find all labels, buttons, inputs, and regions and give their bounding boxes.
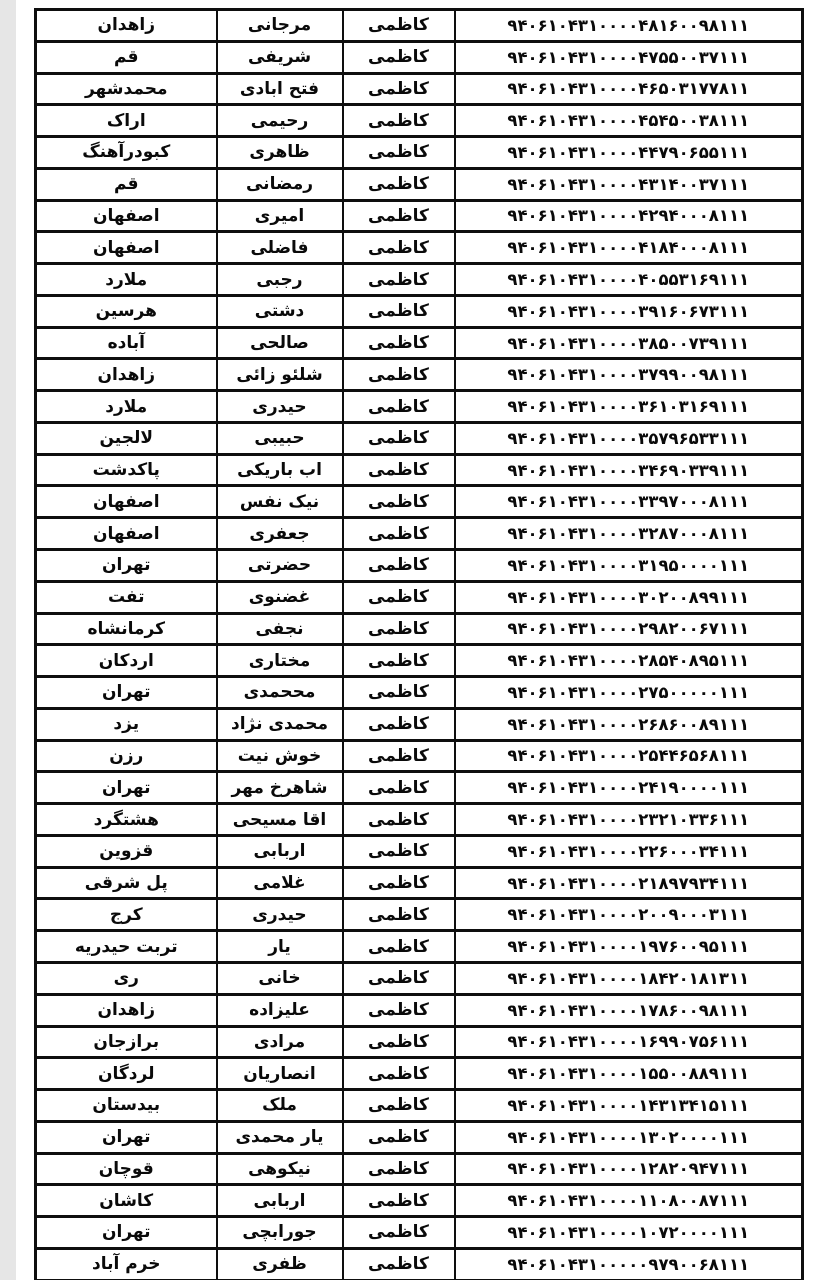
name-cell: خوش نیت — [217, 740, 343, 772]
city-cell: تهران — [36, 1217, 217, 1249]
tag-cell: کاظمی — [343, 1026, 455, 1058]
code-cell: ۹۴۰۶۱۰۴۳۱۰۰۰۰۳۳۹۷۰۰۰۸۱۱۱ — [455, 486, 803, 518]
city-cell: زاهدان — [36, 994, 217, 1026]
city-cell: خرم آباد — [36, 1248, 217, 1280]
city-cell: هرسین — [36, 295, 217, 327]
table-row: زاهدانشلئو زائیکاظمی۹۴۰۶۱۰۴۳۱۰۰۰۰۳۷۹۹۰۰۹… — [36, 359, 803, 391]
name-cell: فتح ابادی — [217, 73, 343, 105]
city-cell: تربت حیدریه — [36, 931, 217, 963]
table-row: اصفهاننیک نفسکاظمی۹۴۰۶۱۰۴۳۱۰۰۰۰۳۳۹۷۰۰۰۸۱… — [36, 486, 803, 518]
name-cell: رجبی — [217, 264, 343, 296]
city-cell: آباده — [36, 327, 217, 359]
table-row: قمشریفیکاظمی۹۴۰۶۱۰۴۳۱۰۰۰۰۴۷۵۵۰۰۳۷۱۱۱ — [36, 41, 803, 73]
name-cell: حضرتی — [217, 550, 343, 582]
tag-cell: کاظمی — [343, 168, 455, 200]
table-row: ریخانیکاظمی۹۴۰۶۱۰۴۳۱۰۰۰۰۱۸۴۲۰۱۸۱۳۱۱ — [36, 962, 803, 994]
table-row: بیدستانملککاظمی۹۴۰۶۱۰۴۳۱۰۰۰۰۱۴۳۱۳۴۱۵۱۱۱ — [36, 1090, 803, 1122]
table-row: تربت حیدریهیارکاظمی۹۴۰۶۱۰۴۳۱۰۰۰۰۱۹۷۶۰۰۹۵… — [36, 931, 803, 963]
tag-cell: کاظمی — [343, 899, 455, 931]
table-row: زاهدانعلیزادهکاظمی۹۴۰۶۱۰۴۳۱۰۰۰۰۱۷۸۶۰۰۹۸۱… — [36, 994, 803, 1026]
city-cell: قم — [36, 168, 217, 200]
name-cell: اربابی — [217, 1185, 343, 1217]
code-cell: ۹۴۰۶۱۰۴۳۱۰۰۰۰۳۵۷۹۶۵۳۳۱۱۱ — [455, 422, 803, 454]
city-cell: لالجین — [36, 422, 217, 454]
tag-cell: کاظمی — [343, 867, 455, 899]
city-cell: کاشان — [36, 1185, 217, 1217]
city-cell: هشتگرد — [36, 804, 217, 836]
table-row: محمدشهرفتح ابادیکاظمی۹۴۰۶۱۰۴۳۱۰۰۰۰۴۶۵۰۳۱… — [36, 73, 803, 105]
city-cell: قوچان — [36, 1153, 217, 1185]
city-cell: ملارد — [36, 264, 217, 296]
name-cell: جعفری — [217, 518, 343, 550]
roster-table: زاهدانمرجانیکاظمی۹۴۰۶۱۰۴۳۱۰۰۰۰۴۸۱۶۰۰۹۸۱۱… — [34, 8, 804, 1280]
tag-cell: کاظمی — [343, 1185, 455, 1217]
tag-cell: کاظمی — [343, 391, 455, 423]
name-cell: ظفری — [217, 1248, 343, 1280]
table-row: تفتغضنویکاظمی۹۴۰۶۱۰۴۳۱۰۰۰۰۳۰۲۰۰۸۹۹۱۱۱ — [36, 581, 803, 613]
city-cell: پل شرقی — [36, 867, 217, 899]
code-cell: ۹۴۰۶۱۰۴۳۱۰۰۰۰۳۴۶۹۰۳۳۹۱۱۱ — [455, 454, 803, 486]
scan-edge-strip — [0, 0, 16, 1280]
table-row: قمرمضانیکاظمی۹۴۰۶۱۰۴۳۱۰۰۰۰۴۳۱۴۰۰۳۷۱۱۱ — [36, 168, 803, 200]
name-cell: فاضلی — [217, 232, 343, 264]
name-cell: اب باریکی — [217, 454, 343, 486]
city-cell: محمدشهر — [36, 73, 217, 105]
table-row: ملاردرجبیکاظمی۹۴۰۶۱۰۴۳۱۰۰۰۰۴۰۵۵۳۱۶۹۱۱۱ — [36, 264, 803, 296]
city-cell: اردکان — [36, 645, 217, 677]
tag-cell: کاظمی — [343, 105, 455, 137]
name-cell: انصاریان — [217, 1058, 343, 1090]
code-cell: ۹۴۰۶۱۰۴۳۱۰۰۰۰۱۶۹۹۰۷۵۶۱۱۱ — [455, 1026, 803, 1058]
table-row: اصفهانجعفریکاظمی۹۴۰۶۱۰۴۳۱۰۰۰۰۳۲۸۷۰۰۰۸۱۱۱ — [36, 518, 803, 550]
table-row: لردگانانصاریانکاظمی۹۴۰۶۱۰۴۳۱۰۰۰۰۱۵۵۰۰۸۸۹… — [36, 1058, 803, 1090]
code-cell: ۹۴۰۶۱۰۴۳۱۰۰۰۰۲۸۵۴۰۸۹۵۱۱۱ — [455, 645, 803, 677]
code-cell: ۹۴۰۶۱۰۴۳۱۰۰۰۰۲۳۲۱۰۳۳۶۱۱۱ — [455, 804, 803, 836]
city-cell: قزوین — [36, 835, 217, 867]
tag-cell: کاظمی — [343, 550, 455, 582]
city-cell: بیدستان — [36, 1090, 217, 1122]
table-row: قزویناربابیکاظمی۹۴۰۶۱۰۴۳۱۰۰۰۰۲۲۶۰۰۰۳۴۱۱۱ — [36, 835, 803, 867]
table-row: برازجانمرادیکاظمی۹۴۰۶۱۰۴۳۱۰۰۰۰۱۶۹۹۰۷۵۶۱۱… — [36, 1026, 803, 1058]
city-cell: تهران — [36, 1121, 217, 1153]
tag-cell: کاظمی — [343, 41, 455, 73]
table-row: تهرانشاهرخ مهرکاظمی۹۴۰۶۱۰۴۳۱۰۰۰۰۲۴۱۹۰۰۰۰… — [36, 772, 803, 804]
city-cell: قم — [36, 41, 217, 73]
name-cell: امیری — [217, 200, 343, 232]
name-cell: خانی — [217, 962, 343, 994]
code-cell: ۹۴۰۶۱۰۴۳۱۰۰۰۰۲۹۸۲۰۰۶۷۱۱۱ — [455, 613, 803, 645]
name-cell: ظاهری — [217, 137, 343, 169]
scanned-roster-page: زاهدانمرجانیکاظمی۹۴۰۶۱۰۴۳۱۰۰۰۰۴۸۱۶۰۰۹۸۱۱… — [0, 0, 840, 1280]
table-row: قوچاننیکوهیکاظمی۹۴۰۶۱۰۴۳۱۰۰۰۰۱۲۸۲۰۹۴۷۱۱۱ — [36, 1153, 803, 1185]
table-row: اصفهانفاضلیکاظمی۹۴۰۶۱۰۴۳۱۰۰۰۰۴۱۸۴۰۰۰۸۱۱۱ — [36, 232, 803, 264]
name-cell: رمضانی — [217, 168, 343, 200]
table-row: ملاردحیدریکاظمی۹۴۰۶۱۰۴۳۱۰۰۰۰۳۶۱۰۳۱۶۹۱۱۱ — [36, 391, 803, 423]
tag-cell: کاظمی — [343, 1153, 455, 1185]
table-row: اراکرحیمیکاظمی۹۴۰۶۱۰۴۳۱۰۰۰۰۴۵۴۵۰۰۳۸۱۱۱ — [36, 105, 803, 137]
city-cell: ملارد — [36, 391, 217, 423]
name-cell: یار — [217, 931, 343, 963]
code-cell: ۹۴۰۶۱۰۴۳۱۰۰۰۰۳۰۲۰۰۸۹۹۱۱۱ — [455, 581, 803, 613]
code-cell: ۹۴۰۶۱۰۴۳۱۰۰۰۰۱۳۰۲۰۰۰۰۱۱۱ — [455, 1121, 803, 1153]
table-row: زاهدانمرجانیکاظمی۹۴۰۶۱۰۴۳۱۰۰۰۰۴۸۱۶۰۰۹۸۱۱… — [36, 10, 803, 42]
tag-cell: کاظمی — [343, 613, 455, 645]
tag-cell: کاظمی — [343, 708, 455, 740]
tag-cell: کاظمی — [343, 232, 455, 264]
code-cell: ۹۴۰۶۱۰۴۳۱۰۰۰۰۳۲۸۷۰۰۰۸۱۱۱ — [455, 518, 803, 550]
code-cell: ۹۴۰۶۱۰۴۳۱۰۰۰۰۴۲۹۴۰۰۰۸۱۱۱ — [455, 200, 803, 232]
table-row: اصفهانامیریکاظمی۹۴۰۶۱۰۴۳۱۰۰۰۰۴۲۹۴۰۰۰۸۱۱۱ — [36, 200, 803, 232]
name-cell: شریفی — [217, 41, 343, 73]
name-cell: حبیبی — [217, 422, 343, 454]
city-cell: اصفهان — [36, 518, 217, 550]
code-cell: ۹۴۰۶۱۰۴۳۱۰۰۰۰۳۶۱۰۳۱۶۹۱۱۱ — [455, 391, 803, 423]
table-row: کبودرآهنگظاهریکاظمی۹۴۰۶۱۰۴۳۱۰۰۰۰۴۴۷۹۰۶۵۵… — [36, 137, 803, 169]
tag-cell: کاظمی — [343, 994, 455, 1026]
name-cell: مرادی — [217, 1026, 343, 1058]
tag-cell: کاظمی — [343, 486, 455, 518]
name-cell: نیک نفس — [217, 486, 343, 518]
city-cell: زاهدان — [36, 359, 217, 391]
table-row: هرسیندشتیکاظمی۹۴۰۶۱۰۴۳۱۰۰۰۰۳۹۱۶۰۶۷۳۱۱۱ — [36, 295, 803, 327]
code-cell: ۹۴۰۶۱۰۴۳۱۰۰۰۰۰۹۷۹۰۰۶۸۱۱۱ — [455, 1248, 803, 1280]
name-cell: علیزاده — [217, 994, 343, 1026]
name-cell: شلئو زائی — [217, 359, 343, 391]
code-cell: ۹۴۰۶۱۰۴۳۱۰۰۰۰۱۲۸۲۰۹۴۷۱۱۱ — [455, 1153, 803, 1185]
code-cell: ۹۴۰۶۱۰۴۳۱۰۰۰۰۴۴۷۹۰۶۵۵۱۱۱ — [455, 137, 803, 169]
city-cell: کرج — [36, 899, 217, 931]
table-row: اردکانمختاریکاظمی۹۴۰۶۱۰۴۳۱۰۰۰۰۲۸۵۴۰۸۹۵۱۱… — [36, 645, 803, 677]
city-cell: تفت — [36, 581, 217, 613]
name-cell: مختاری — [217, 645, 343, 677]
code-cell: ۹۴۰۶۱۰۴۳۱۰۰۰۰۳۸۵۰۰۷۳۹۱۱۱ — [455, 327, 803, 359]
tag-cell: کاظمی — [343, 1058, 455, 1090]
code-cell: ۹۴۰۶۱۰۴۳۱۰۰۰۰۴۱۸۴۰۰۰۸۱۱۱ — [455, 232, 803, 264]
city-cell: تهران — [36, 550, 217, 582]
name-cell: ملک — [217, 1090, 343, 1122]
code-cell: ۹۴۰۶۱۰۴۳۱۰۰۰۰۱۵۵۰۰۸۸۹۱۱۱ — [455, 1058, 803, 1090]
table-row: تهرانیار محمدیکاظمی۹۴۰۶۱۰۴۳۱۰۰۰۰۱۳۰۲۰۰۰۰… — [36, 1121, 803, 1153]
code-cell: ۹۴۰۶۱۰۴۳۱۰۰۰۰۲۶۸۶۰۰۸۹۱۱۱ — [455, 708, 803, 740]
code-cell: ۹۴۰۶۱۰۴۳۱۰۰۰۰۱۷۸۶۰۰۹۸۱۱۱ — [455, 994, 803, 1026]
name-cell: حیدری — [217, 899, 343, 931]
city-cell: اراک — [36, 105, 217, 137]
table-row: کرجحیدریکاظمی۹۴۰۶۱۰۴۳۱۰۰۰۰۲۰۰۹۰۰۰۳۱۱۱ — [36, 899, 803, 931]
tag-cell: کاظمی — [343, 740, 455, 772]
city-cell: اصفهان — [36, 200, 217, 232]
table-row: رزنخوش نیتکاظمی۹۴۰۶۱۰۴۳۱۰۰۰۰۲۵۴۴۶۵۶۸۱۱۱ — [36, 740, 803, 772]
name-cell: غلامی — [217, 867, 343, 899]
code-cell: ۹۴۰۶۱۰۴۳۱۰۰۰۰۳۱۹۵۰۰۰۰۱۱۱ — [455, 550, 803, 582]
city-cell: برازجان — [36, 1026, 217, 1058]
name-cell: رحیمی — [217, 105, 343, 137]
code-cell: ۹۴۰۶۱۰۴۳۱۰۰۰۰۱۹۷۶۰۰۹۵۱۱۱ — [455, 931, 803, 963]
table-row: پاکدشتاب باریکیکاظمی۹۴۰۶۱۰۴۳۱۰۰۰۰۳۴۶۹۰۳۳… — [36, 454, 803, 486]
code-cell: ۹۴۰۶۱۰۴۳۱۰۰۰۰۲۷۵۰۰۰۰۰۱۱۱ — [455, 677, 803, 709]
tag-cell: کاظمی — [343, 422, 455, 454]
tag-cell: کاظمی — [343, 518, 455, 550]
tag-cell: کاظمی — [343, 327, 455, 359]
name-cell: اقا مسیحی — [217, 804, 343, 836]
table-row: آبادهصالحیکاظمی۹۴۰۶۱۰۴۳۱۰۰۰۰۳۸۵۰۰۷۳۹۱۱۱ — [36, 327, 803, 359]
city-cell: کبودرآهنگ — [36, 137, 217, 169]
tag-cell: کاظمی — [343, 10, 455, 42]
name-cell: محمدی نژاد — [217, 708, 343, 740]
tag-cell: کاظمی — [343, 264, 455, 296]
name-cell: جورابچی — [217, 1217, 343, 1249]
table-row: پل شرقیغلامیکاظمی۹۴۰۶۱۰۴۳۱۰۰۰۰۲۱۸۹۷۹۳۴۱۱… — [36, 867, 803, 899]
city-cell: اصفهان — [36, 486, 217, 518]
tag-cell: کاظمی — [343, 804, 455, 836]
tag-cell: کاظمی — [343, 1121, 455, 1153]
code-cell: ۹۴۰۶۱۰۴۳۱۰۰۰۰۳۷۹۹۰۰۹۸۱۱۱ — [455, 359, 803, 391]
code-cell: ۹۴۰۶۱۰۴۳۱۰۰۰۰۴۶۵۰۳۱۷۷۸۱۱ — [455, 73, 803, 105]
city-cell: کرمانشاه — [36, 613, 217, 645]
code-cell: ۹۴۰۶۱۰۴۳۱۰۰۰۰۴۳۱۴۰۰۳۷۱۱۱ — [455, 168, 803, 200]
city-cell: تهران — [36, 772, 217, 804]
tag-cell: کاظمی — [343, 581, 455, 613]
code-cell: ۹۴۰۶۱۰۴۳۱۰۰۰۰۲۱۸۹۷۹۳۴۱۱۱ — [455, 867, 803, 899]
tag-cell: کاظمی — [343, 962, 455, 994]
city-cell: ری — [36, 962, 217, 994]
code-cell: ۹۴۰۶۱۰۴۳۱۰۰۰۰۴۵۴۵۰۰۳۸۱۱۱ — [455, 105, 803, 137]
name-cell: نجفی — [217, 613, 343, 645]
tag-cell: کاظمی — [343, 295, 455, 327]
name-cell: غضنوی — [217, 581, 343, 613]
city-cell: تهران — [36, 677, 217, 709]
table-row: خرم آبادظفریکاظمی۹۴۰۶۱۰۴۳۱۰۰۰۰۰۹۷۹۰۰۶۸۱۱… — [36, 1248, 803, 1280]
code-cell: ۹۴۰۶۱۰۴۳۱۰۰۰۰۴۸۱۶۰۰۹۸۱۱۱ — [455, 10, 803, 42]
code-cell: ۹۴۰۶۱۰۴۳۱۰۰۰۰۱۱۰۸۰۰۸۷۱۱۱ — [455, 1185, 803, 1217]
name-cell: حیدری — [217, 391, 343, 423]
name-cell: اربابی — [217, 835, 343, 867]
code-cell: ۹۴۰۶۱۰۴۳۱۰۰۰۰۲۲۶۰۰۰۳۴۱۱۱ — [455, 835, 803, 867]
table-row: تهرانمححمدیکاظمی۹۴۰۶۱۰۴۳۱۰۰۰۰۲۷۵۰۰۰۰۰۱۱۱ — [36, 677, 803, 709]
roster-table-body: زاهدانمرجانیکاظمی۹۴۰۶۱۰۴۳۱۰۰۰۰۴۸۱۶۰۰۹۸۱۱… — [36, 10, 803, 1280]
tag-cell: کاظمی — [343, 200, 455, 232]
city-cell: پاکدشت — [36, 454, 217, 486]
tag-cell: کاظمی — [343, 677, 455, 709]
code-cell: ۹۴۰۶۱۰۴۳۱۰۰۰۰۲۴۱۹۰۰۰۰۱۱۱ — [455, 772, 803, 804]
table-row: کاشاناربابیکاظمی۹۴۰۶۱۰۴۳۱۰۰۰۰۱۱۰۸۰۰۸۷۱۱۱ — [36, 1185, 803, 1217]
tag-cell: کاظمی — [343, 835, 455, 867]
city-cell: رزن — [36, 740, 217, 772]
code-cell: ۹۴۰۶۱۰۴۳۱۰۰۰۰۲۰۰۹۰۰۰۳۱۱۱ — [455, 899, 803, 931]
name-cell: یار محمدی — [217, 1121, 343, 1153]
city-cell: اصفهان — [36, 232, 217, 264]
tag-cell: کاظمی — [343, 772, 455, 804]
table-row: تهرانحضرتیکاظمی۹۴۰۶۱۰۴۳۱۰۰۰۰۳۱۹۵۰۰۰۰۱۱۱ — [36, 550, 803, 582]
name-cell: مححمدی — [217, 677, 343, 709]
table-row: تهرانجورابچیکاظمی۹۴۰۶۱۰۴۳۱۰۰۰۰۱۰۷۲۰۰۰۰۱۱… — [36, 1217, 803, 1249]
tag-cell: کاظمی — [343, 1248, 455, 1280]
name-cell: دشتی — [217, 295, 343, 327]
code-cell: ۹۴۰۶۱۰۴۳۱۰۰۰۰۱۴۳۱۳۴۱۵۱۱۱ — [455, 1090, 803, 1122]
tag-cell: کاظمی — [343, 359, 455, 391]
city-cell: لردگان — [36, 1058, 217, 1090]
tag-cell: کاظمی — [343, 931, 455, 963]
tag-cell: کاظمی — [343, 73, 455, 105]
code-cell: ۹۴۰۶۱۰۴۳۱۰۰۰۰۴۰۵۵۳۱۶۹۱۱۱ — [455, 264, 803, 296]
tag-cell: کاظمی — [343, 454, 455, 486]
name-cell: صالحی — [217, 327, 343, 359]
code-cell: ۹۴۰۶۱۰۴۳۱۰۰۰۰۲۵۴۴۶۵۶۸۱۱۱ — [455, 740, 803, 772]
tag-cell: کاظمی — [343, 137, 455, 169]
code-cell: ۹۴۰۶۱۰۴۳۱۰۰۰۰۴۷۵۵۰۰۳۷۱۱۱ — [455, 41, 803, 73]
table-row: کرمانشاهنجفیکاظمی۹۴۰۶۱۰۴۳۱۰۰۰۰۲۹۸۲۰۰۶۷۱۱… — [36, 613, 803, 645]
name-cell: مرجانی — [217, 10, 343, 42]
tag-cell: کاظمی — [343, 1090, 455, 1122]
table-row: هشتگرداقا مسیحیکاظمی۹۴۰۶۱۰۴۳۱۰۰۰۰۲۳۲۱۰۳۳… — [36, 804, 803, 836]
tag-cell: کاظمی — [343, 1217, 455, 1249]
code-cell: ۹۴۰۶۱۰۴۳۱۰۰۰۰۳۹۱۶۰۶۷۳۱۱۱ — [455, 295, 803, 327]
tag-cell: کاظمی — [343, 645, 455, 677]
table-row: یزدمحمدی نژادکاظمی۹۴۰۶۱۰۴۳۱۰۰۰۰۲۶۸۶۰۰۸۹۱… — [36, 708, 803, 740]
code-cell: ۹۴۰۶۱۰۴۳۱۰۰۰۰۱۰۷۲۰۰۰۰۱۱۱ — [455, 1217, 803, 1249]
table-row: لالجینحبیبیکاظمی۹۴۰۶۱۰۴۳۱۰۰۰۰۳۵۷۹۶۵۳۳۱۱۱ — [36, 422, 803, 454]
name-cell: شاهرخ مهر — [217, 772, 343, 804]
city-cell: زاهدان — [36, 10, 217, 42]
city-cell: یزد — [36, 708, 217, 740]
name-cell: نیکوهی — [217, 1153, 343, 1185]
code-cell: ۹۴۰۶۱۰۴۳۱۰۰۰۰۱۸۴۲۰۱۸۱۳۱۱ — [455, 962, 803, 994]
